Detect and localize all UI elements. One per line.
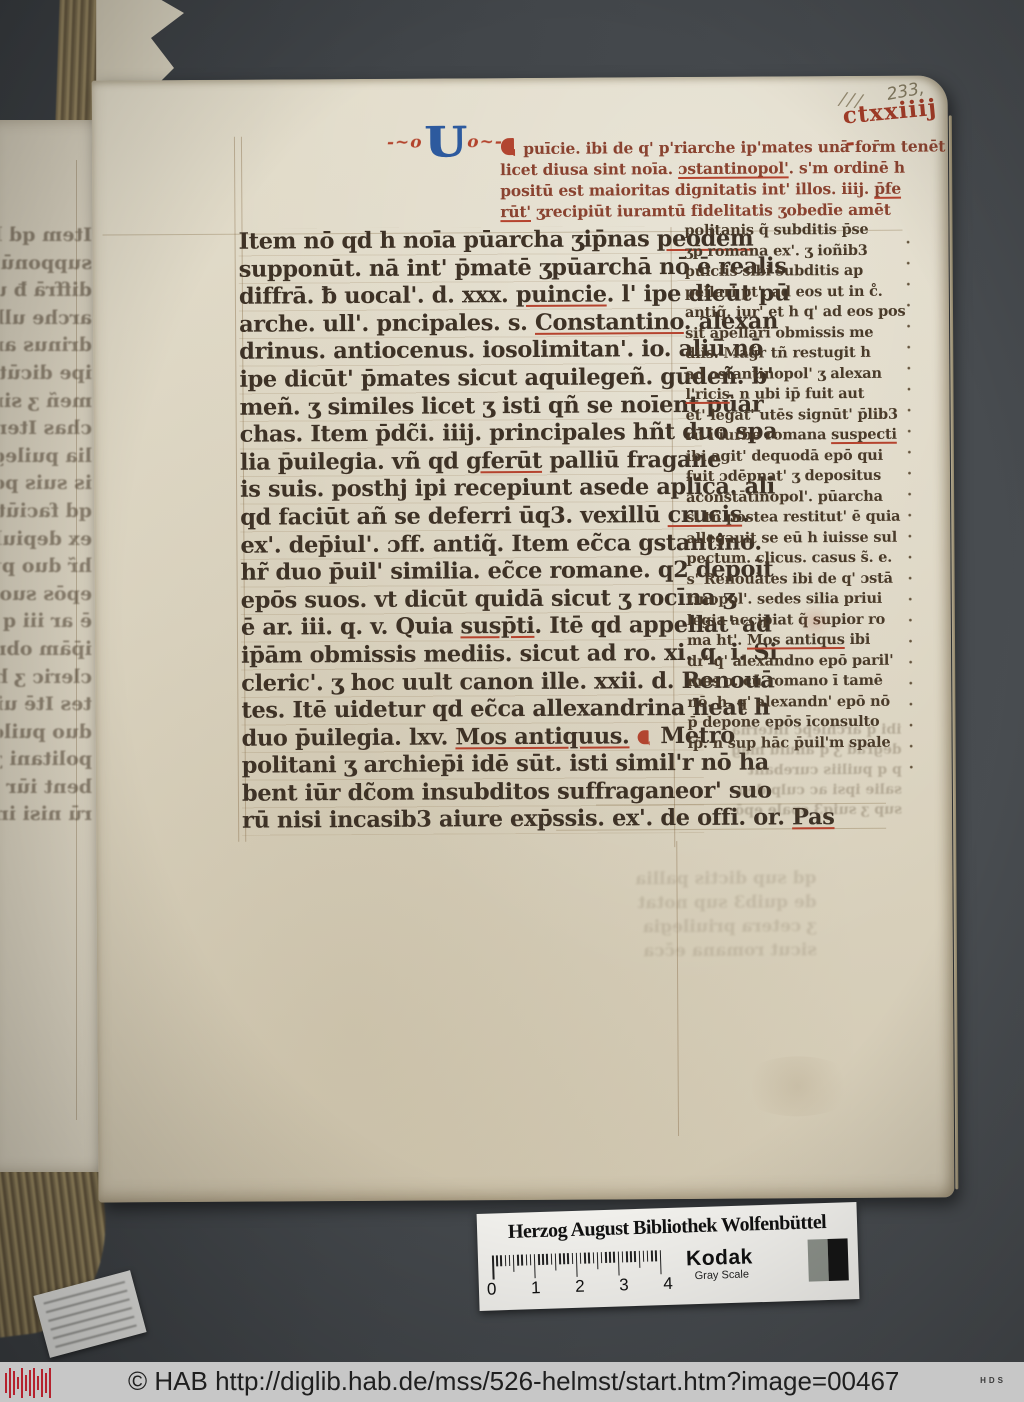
photo-backdrop: Item qd hsupponūt nādiffrā ƀ uoarche ull… [0,0,1024,1362]
barcode-bar [25,1375,27,1391]
photo-vignette [0,0,1024,1362]
barcode-bar [33,1368,35,1398]
barcode-bar [41,1369,43,1397]
barcode-bar [13,1371,15,1395]
screenshot-root: Item qd hsupponūt nādiffrā ƀ uoarche ull… [0,0,1024,1402]
barcode-bar [49,1368,51,1398]
barcode-bar [45,1373,47,1393]
copyright-caption: © HAB http://diglib.hab.de/mss/526-helms… [128,1366,899,1397]
barcode-bar [37,1376,39,1390]
red-barcode-mark [5,1367,51,1399]
barcode-bar [29,1370,31,1396]
caption-strip: © HAB http://diglib.hab.de/mss/526-helms… [0,1362,1024,1402]
barcode-bar [17,1377,19,1389]
barcode-bar [9,1368,11,1398]
barcode-bar [5,1373,7,1393]
barcode-bar [21,1368,23,1398]
corner-initials: HDS [980,1376,1006,1385]
